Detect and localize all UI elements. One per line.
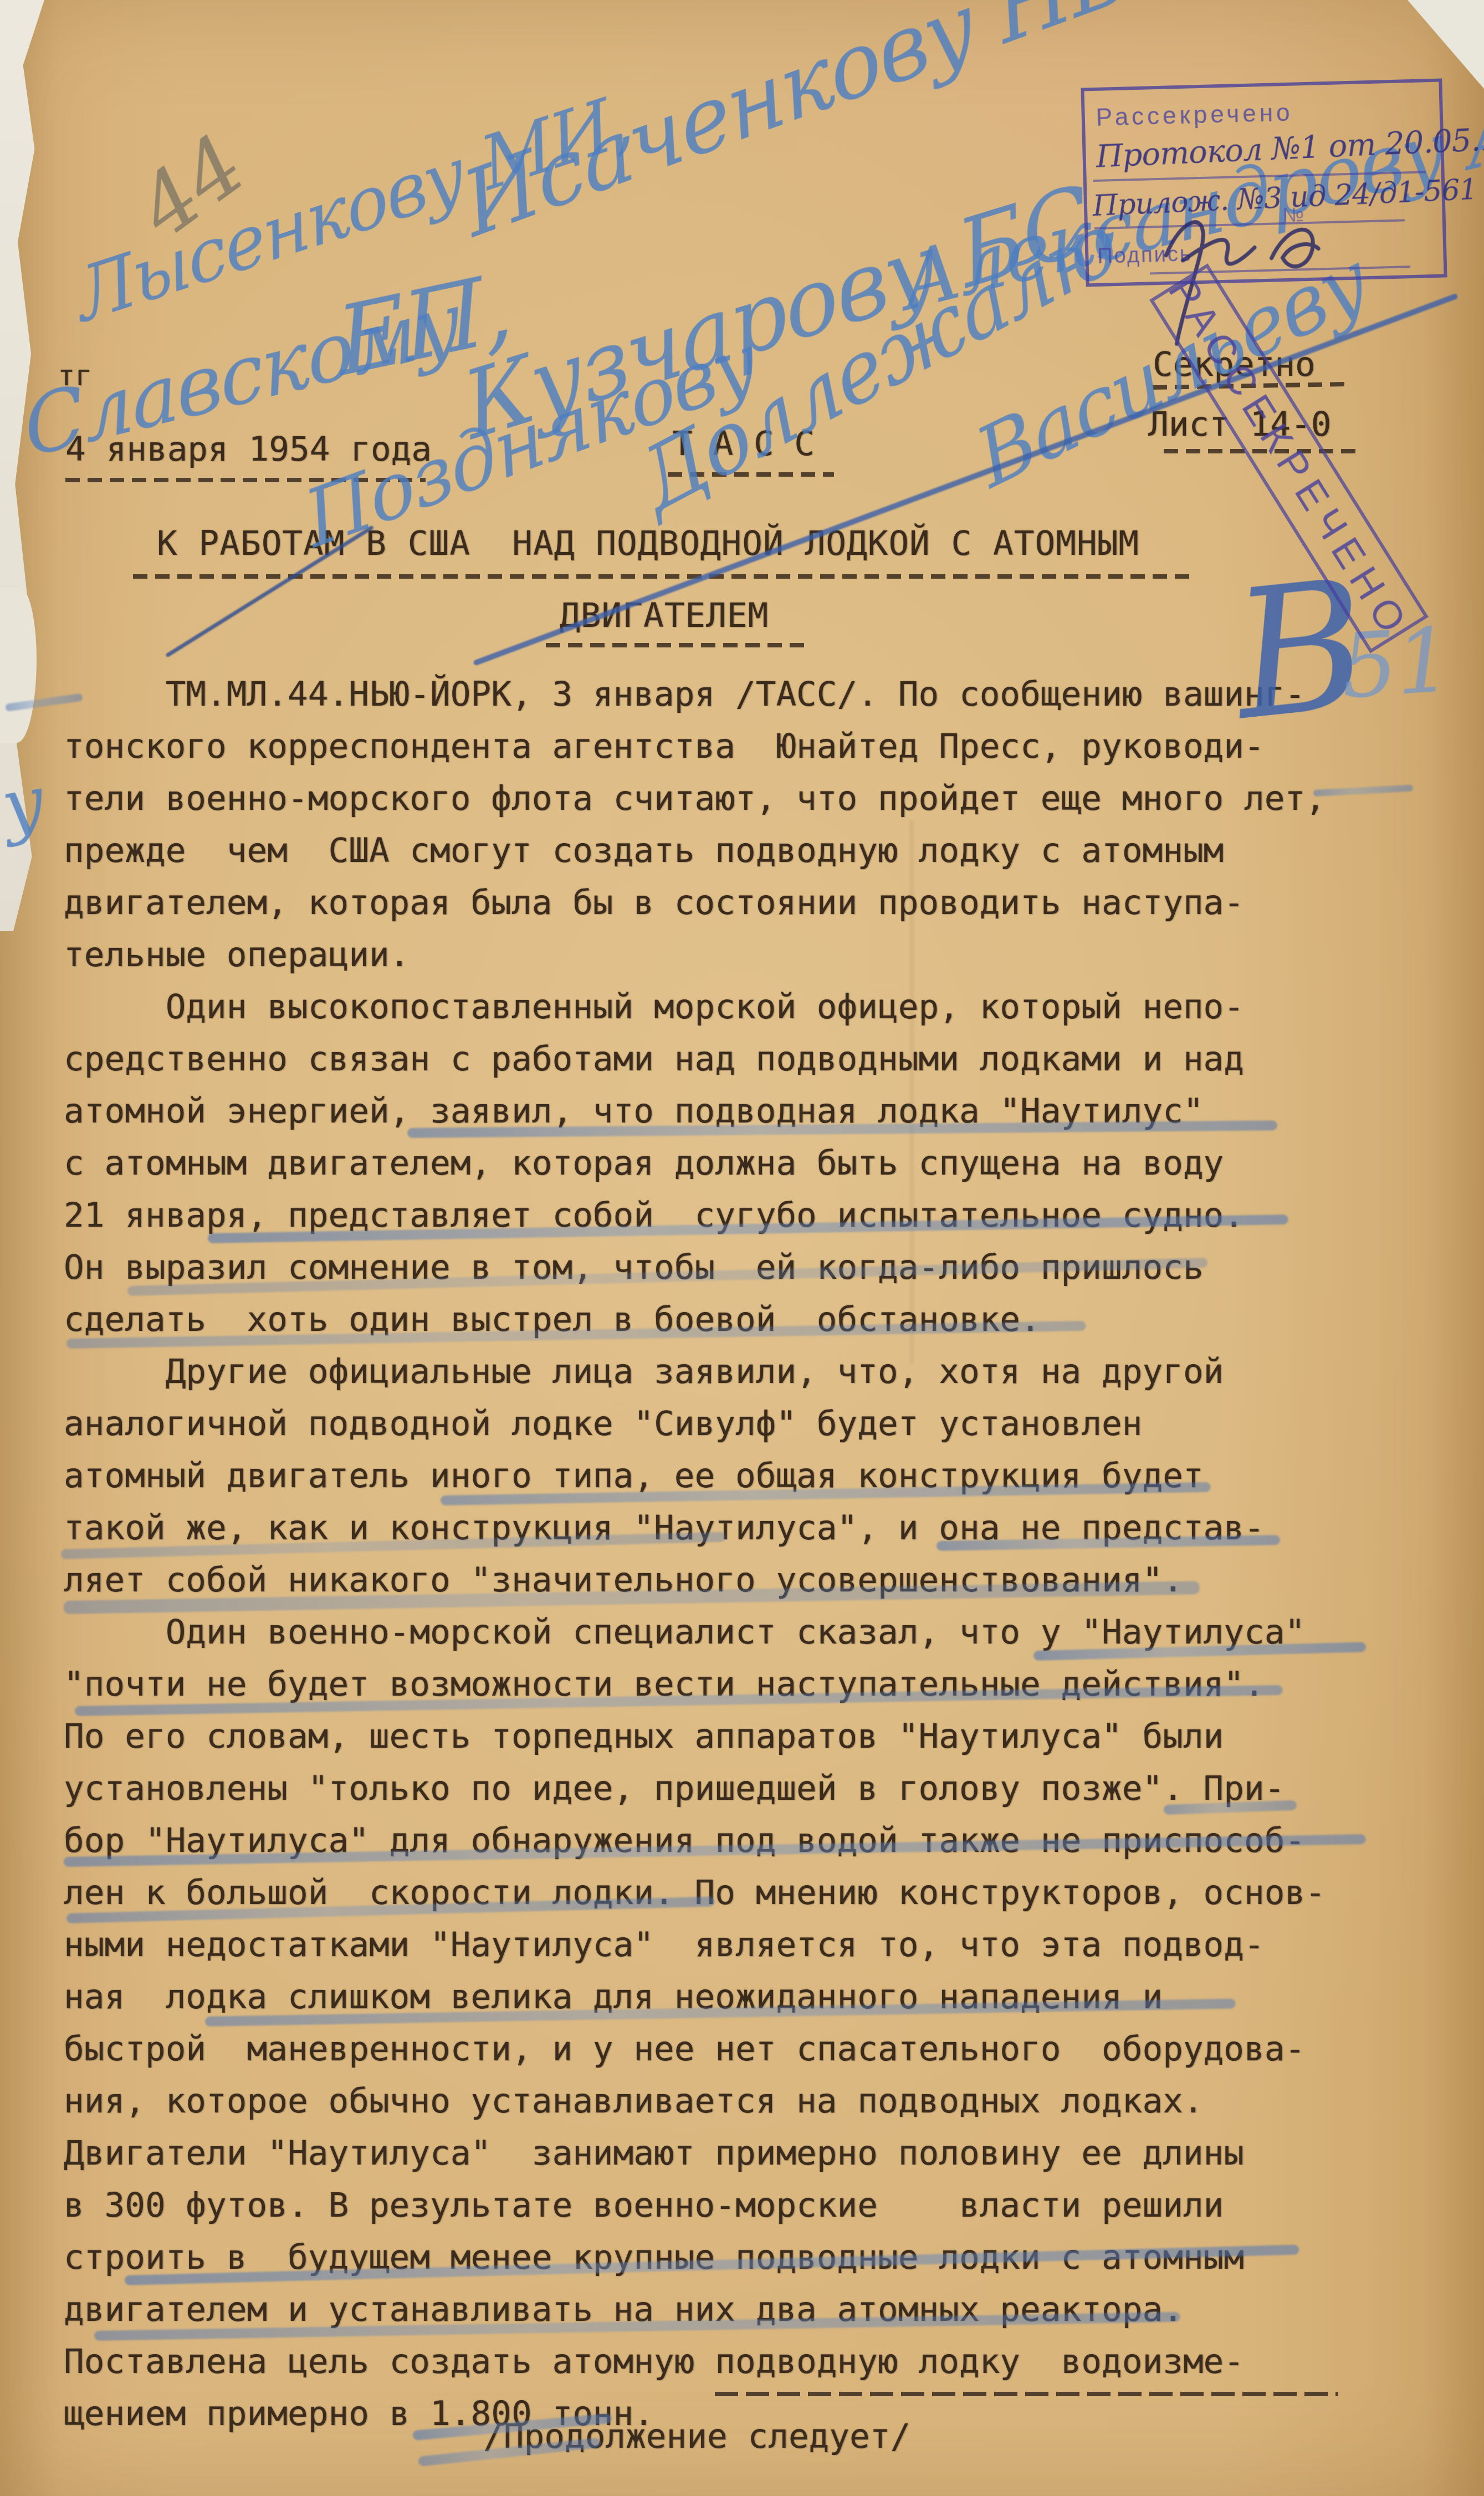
stamp-title: Рассекречено <box>1096 99 1293 132</box>
blue-dash <box>1313 785 1413 797</box>
body-line: двигателем, которая была бы в состоянии … <box>64 886 1244 920</box>
body-line: установлены "только по идее, пришедшей в… <box>64 1772 1285 1805</box>
body-line: Поставлена цель создать атомную подводну… <box>64 2345 1244 2378</box>
body-line: аналогичной подводной лодке "Сивулф" буд… <box>64 1407 1142 1441</box>
page-corner-backing <box>1408 0 1484 89</box>
margin-mark: у <box>0 759 50 849</box>
declassification-stamp: Рассекречено Протокол №1 от 20.05.14 При… <box>1081 79 1447 287</box>
body-line: с атомным двигателем, которая должна быт… <box>64 1146 1224 1180</box>
body-line: тели военно-морского флота считают, что … <box>64 782 1326 815</box>
body-line: По его словам, шесть торпедных аппаратов… <box>64 1719 1224 1753</box>
body-line: ТМ.МЛ.44.НЬЮ-ЙОРК, 3 января /ТАСС/. По с… <box>64 677 1305 711</box>
document-title-line2: ДВИГАТЕЛЕМ <box>560 596 769 635</box>
body-line: Двигатели "Наутилуса" занимают примерно … <box>64 2136 1244 2170</box>
typed-rule <box>715 2392 1338 2396</box>
body-line: ными недостатками "Наутилуса" является т… <box>64 1928 1265 1962</box>
title-underline2 <box>546 643 812 647</box>
body-line: ния, которое обычно устанавливается на п… <box>64 2084 1204 2118</box>
body-line: тонского корреспондента агентства Юнайте… <box>64 729 1265 763</box>
torn-edge-notch <box>0 588 37 743</box>
body-line: средственно связан с работами над подвод… <box>64 1042 1244 1076</box>
body-line: в 300 футов. В результате военно-морские… <box>64 2188 1224 2222</box>
scanned-document-page: 44 тг 4 января 1954 года Т А С С Секретн… <box>0 0 1484 2496</box>
document-title-line1: К РАБОТАМ В США НАД ПОДВОДНОЙ ЛОДКОЙ С А… <box>157 524 1139 563</box>
body-line: тельные операции. <box>64 938 410 972</box>
body-line: Один высокопоставленный морской офицер, … <box>64 990 1244 1024</box>
body-line: быстрой маневренности, и у нее нет спаса… <box>64 2032 1305 2066</box>
body-line: Другие официальные лица заявили, что, хо… <box>64 1355 1224 1389</box>
body-line: прежде чем США смогут создать подводную … <box>64 834 1224 867</box>
body-line: Один военно-морской специалист сказал, ч… <box>64 1615 1305 1649</box>
